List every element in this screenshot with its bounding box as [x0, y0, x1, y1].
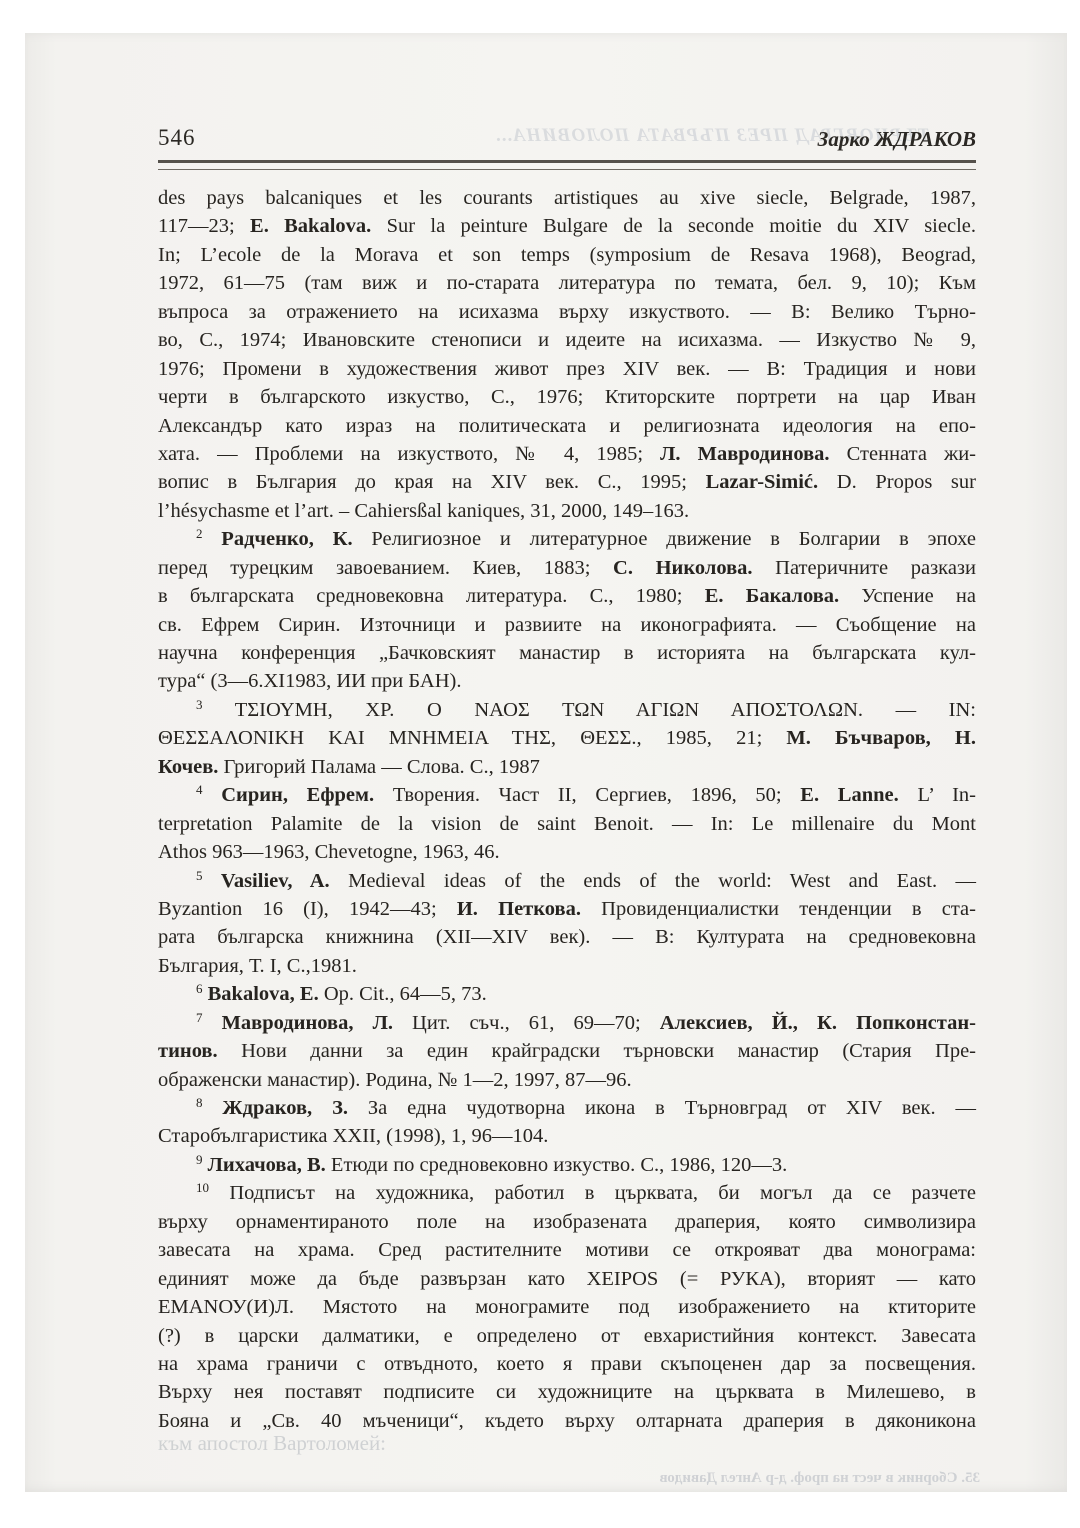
- text-line: св. Ефрем Сирин. Източници и развиите на…: [158, 611, 976, 639]
- text-line: върху орнаментираното поле на изобразена…: [158, 1208, 976, 1236]
- text-line: Старобългаристика XXII, (1998), 1, 96—10…: [158, 1122, 976, 1150]
- text-line: 3 ΤΣΙΟΥΜΗ, ΧΡ. Ο ΝΑΟΣ ΤΩΝ ΑΓΙΩΝ ΑΠΟΣΤΟΛΩ…: [158, 696, 976, 724]
- text-line: хата. — Проблеми на изкуството, № 4, 198…: [158, 440, 976, 468]
- text-line: Кочев. Григорий Палама — Слова. С., 1987: [158, 753, 976, 781]
- text-line: 4 Сирин, Ефрем. Творения. Част II, Серги…: [158, 781, 976, 809]
- text-line: 7 Мавродинова, Л. Цит. съч., 61, 69—70; …: [158, 1009, 976, 1037]
- text-line: 6 Bakalova, E. Op. Cit., 64—5, 73.: [158, 980, 976, 1008]
- text-line: ображенски манастир). Родина, № 1—2, 199…: [158, 1066, 976, 1094]
- text-line: Athos 963—1963, Chevetogne, 1963, 46.: [158, 838, 976, 866]
- text-line: тура“ (3—6.XI1983, ИИ при БАН).: [158, 667, 976, 695]
- text-line: вопис в България до края на XIV век. С.,…: [158, 468, 976, 496]
- text-line: 1976; Промени в художествения живот през…: [158, 355, 976, 383]
- text-line: рата българска книжнина (XII—XIV век). —…: [158, 923, 976, 951]
- text-line: Александър като израз на политическата и…: [158, 412, 976, 440]
- text-line: в българската средновековна литература. …: [158, 582, 976, 610]
- running-head-author: Зарко ЖДРАКОВ: [818, 127, 976, 152]
- page-header: 546 Зарко ЖДРАКОВ: [158, 125, 976, 155]
- text-line: Върху нея поставят подписите си художниц…: [158, 1378, 976, 1406]
- scan-paper-area: ТЪРНОВГРАД ПРЕЗ ПЪРВАТА ПОЛОВИНА... 546 …: [25, 33, 1067, 1492]
- text-line: България, Т. I, С.,1981.: [158, 952, 976, 980]
- header-double-rule: [158, 160, 976, 170]
- text-line: черти в българското изкуство, С., 1976; …: [158, 383, 976, 411]
- text-line: Бояна и „Св. 40 мъченици“, където върху …: [158, 1407, 976, 1435]
- text-line: In; L’ecole de la Morava et son temps (s…: [158, 241, 976, 269]
- showthrough-bottom-text: 35. Сборник в чест на проф. д-р Ангел Да…: [580, 1470, 980, 1487]
- text-line: тинов. Нови данни за един крайградски тъ…: [158, 1037, 976, 1065]
- text-line: завесата на храма. Сред растителните мот…: [158, 1236, 976, 1264]
- text-line: 8 Ждраков, З. За една чудотворна икона в…: [158, 1094, 976, 1122]
- text-line: 9 Лихачова, В. Етюди по средновековно из…: [158, 1151, 976, 1179]
- text-line: 10 Подписът на художника, работил в църк…: [158, 1179, 976, 1207]
- text-line: Byzantion 16 (I), 1942—43; И. Петкова. П…: [158, 895, 976, 923]
- text-line: (?) в царски далматики, е определено от …: [158, 1322, 976, 1350]
- text-line: 117—23; E. Bakalova. Sur la peinture Bul…: [158, 212, 976, 240]
- text-line: ΘΕΣΣΑΛΟΝΙΚΗ ΚΑΙ ΜΝΗΜΕΙΑ ΤΗΣ, ΘΕΣΣ., 1985…: [158, 724, 976, 752]
- text-line: 2 Радченко, К. Религиозное и литературно…: [158, 525, 976, 553]
- text-line: научна конференция „Бачковският манастир…: [158, 639, 976, 667]
- page-number: 546: [158, 125, 196, 151]
- text-line: terpretation Palamite de la vision de sa…: [158, 810, 976, 838]
- scanned-page: ТЪРНОВГРАД ПРЕЗ ПЪРВАТА ПОЛОВИНА... 546 …: [0, 0, 1080, 1528]
- text-line: ЕМАNОУ(И)Л. Мястото на монограмите под и…: [158, 1293, 976, 1321]
- text-line: въпроса за отражението на исихазма върху…: [158, 298, 976, 326]
- text-line: 5 Vasiliev, A. Medieval ideas of the end…: [158, 867, 976, 895]
- footnotes-text-block: des pays balcaniques et les courants art…: [158, 184, 976, 1435]
- text-line: des pays balcaniques et les courants art…: [158, 184, 976, 212]
- text-line: на храма граничи с отвъдното, което я пр…: [158, 1350, 976, 1378]
- text-line: перед турецким завоеванием. Киев, 1883; …: [158, 554, 976, 582]
- text-line: во, С., 1974; Ивановските стенописи и ид…: [158, 326, 976, 354]
- text-line: l’hésychasme et l’art. – Cahiersßal kani…: [158, 497, 976, 525]
- text-line: 1972, 61—75 (там виж и по-старата литера…: [158, 269, 976, 297]
- text-line: единият може да бъде развързан като XEIP…: [158, 1265, 976, 1293]
